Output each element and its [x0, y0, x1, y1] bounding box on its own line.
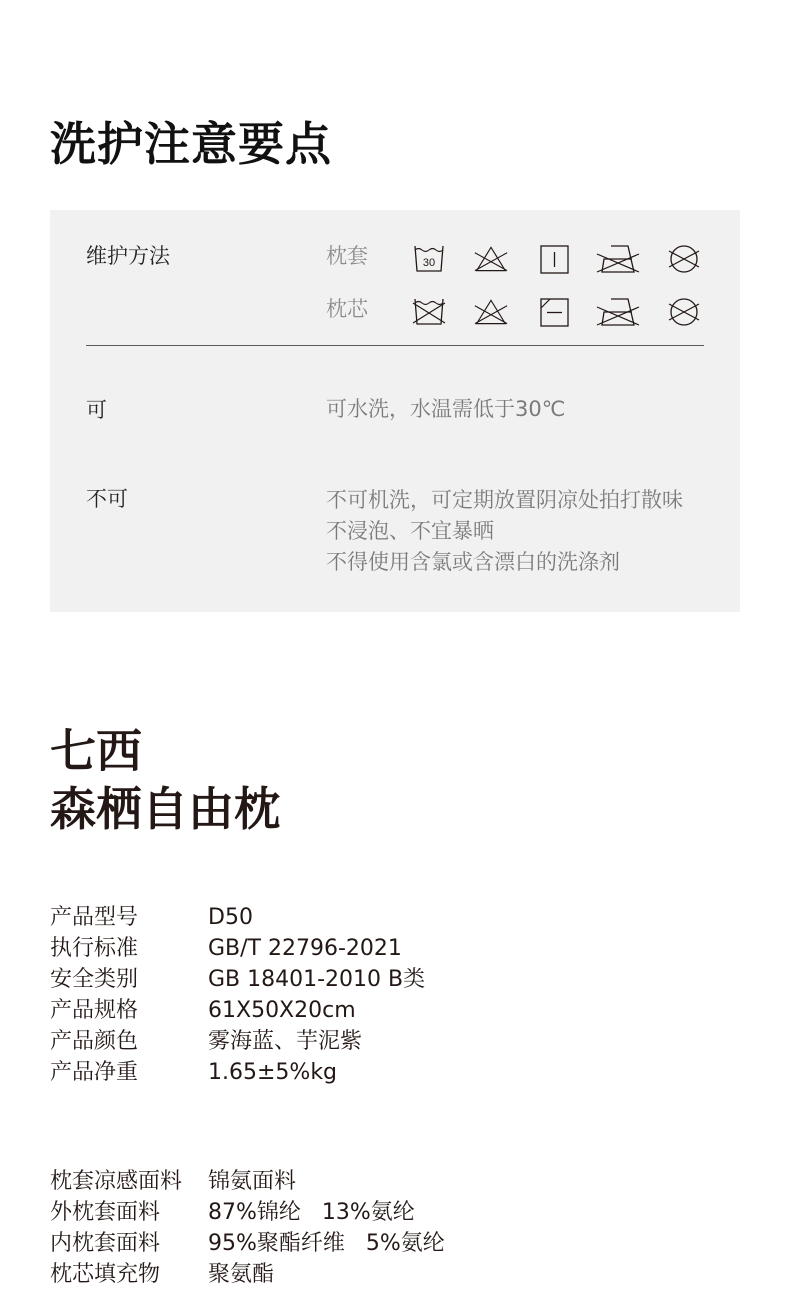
allowed-label: 可: [86, 396, 107, 424]
spec-key: 产品型号: [50, 902, 208, 933]
product-title: 七西 森栖自由枕: [50, 722, 280, 838]
spec-value: 雾海蓝、芋泥紫: [208, 1026, 362, 1057]
spec-row: 安全类别GB 18401-2010 B类: [50, 964, 425, 995]
spec-value: GB 18401-2010 B类: [208, 964, 425, 995]
pillowcase-label: 枕套: [326, 242, 368, 270]
forbidden-label: 不可: [86, 485, 128, 513]
material-row: 枕套凉感面料锦氨面料: [50, 1166, 445, 1197]
material-key: 内枕套面料: [50, 1228, 208, 1259]
material-key: 枕芯填充物: [50, 1259, 208, 1290]
material-value: 锦氨面料: [208, 1166, 296, 1197]
spec-value: 1.65±5%kg: [208, 1057, 337, 1088]
spec-value: 61X50X20cm: [208, 995, 356, 1026]
no-iron-icon: [596, 297, 640, 327]
no-iron-icon: [596, 244, 640, 274]
spec-row: 产品型号D50: [50, 902, 425, 933]
care-panel: 维护方法 枕套 枕芯 30 可 可水洗，水温需低于30℃ 不可 不可机洗，可定期…: [50, 210, 740, 612]
material-key: 枕套凉感面料: [50, 1166, 208, 1197]
spec-list: 产品型号D50 执行标准GB/T 22796-2021 安全类别GB 18401…: [50, 902, 425, 1088]
spec-key: 安全类别: [50, 964, 208, 995]
spec-value: D50: [208, 902, 253, 933]
material-key: 外枕套面料: [50, 1197, 208, 1228]
material-value: 聚氨酯: [208, 1259, 274, 1290]
no-bleach-icon: [474, 297, 508, 327]
spec-row: 产品净重1.65±5%kg: [50, 1057, 425, 1088]
method-label: 维护方法: [86, 242, 170, 270]
spec-row: 产品颜色雾海蓝、芋泥紫: [50, 1026, 425, 1057]
product-name: 森栖自由枕: [50, 780, 280, 838]
forbidden-line: 不可机洗，可定期放置阴凉处拍打散味: [326, 485, 683, 516]
material-list: 枕套凉感面料锦氨面料 外枕套面料87%锦纶 13%氨纶 内枕套面料95%聚酯纤维…: [50, 1166, 445, 1290]
forbidden-line: 不浸泡、不宜暴晒: [326, 516, 683, 547]
svg-text:30: 30: [423, 257, 435, 269]
material-value: 95%聚酯纤维 5%氨纶: [208, 1228, 445, 1259]
material-row: 外枕套面料87%锦纶 13%氨纶: [50, 1197, 445, 1228]
shade-dry-flat-icon: [538, 297, 572, 327]
allowed-text: 可水洗，水温需低于30℃: [326, 394, 565, 425]
forbidden-list: 不可机洗，可定期放置阴凉处拍打散味 不浸泡、不宜暴晒 不得使用含氯或含漂白的洗涤…: [326, 485, 683, 578]
no-dry-clean-icon: [667, 244, 701, 274]
forbidden-line: 不得使用含氯或含漂白的洗涤剂: [326, 547, 683, 578]
spec-key: 产品颜色: [50, 1026, 208, 1057]
material-row: 枕芯填充物聚氨酯: [50, 1259, 445, 1290]
spec-key: 产品规格: [50, 995, 208, 1026]
spec-key: 产品净重: [50, 1057, 208, 1088]
care-title: 洗护注意要点: [50, 116, 332, 172]
spec-row: 执行标准GB/T 22796-2021: [50, 933, 425, 964]
brand-name: 七西: [50, 722, 280, 780]
pillow-core-label: 枕芯: [326, 295, 368, 323]
no-bleach-icon: [474, 244, 508, 274]
spec-key: 执行标准: [50, 933, 208, 964]
spec-value: GB/T 22796-2021: [208, 933, 402, 964]
line-dry-icon: [538, 244, 572, 274]
hand-wash-30-icon: 30: [412, 244, 446, 274]
divider: [86, 345, 704, 346]
no-wash-icon: [412, 297, 446, 327]
material-row: 内枕套面料95%聚酯纤维 5%氨纶: [50, 1228, 445, 1259]
spec-row: 产品规格61X50X20cm: [50, 995, 425, 1026]
no-dry-clean-icon: [667, 297, 701, 327]
material-value: 87%锦纶 13%氨纶: [208, 1197, 415, 1228]
